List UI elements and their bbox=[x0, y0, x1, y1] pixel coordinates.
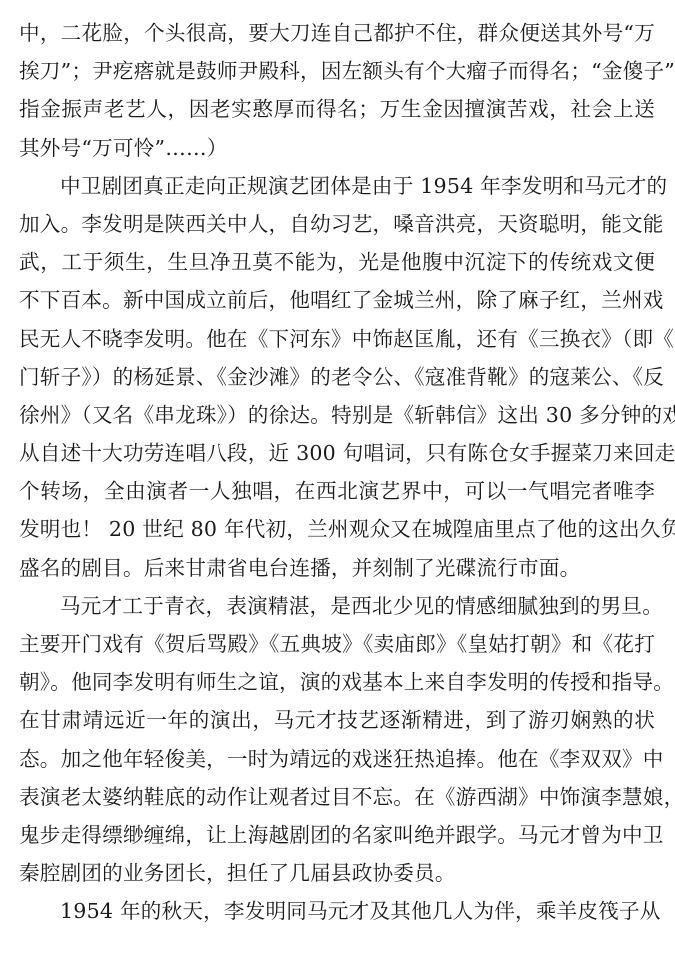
document-page: 中，二花脸，个头很高，要大刀连自己都护不住，群众便送其外号“万 挨刀”；尹疙瘩就… bbox=[19, 14, 655, 931]
text-line: 徐州》（又名《串龙珠》）的徐达。特别是《斩韩信》这出 30 多分钟的戏， bbox=[19, 396, 655, 434]
text-line: 不下百本。新中国成立前后，他唱红了金城兰州，除了麻子红，兰州戏 bbox=[19, 281, 655, 319]
paragraph: 中，二花脸，个头很高，要大刀连自己都护不住，群众便送其外号“万 挨刀”；尹疙瘩就… bbox=[19, 14, 655, 167]
text-line: 发明也！ 20 世纪 80 年代初，兰州观众又在城隍庙里点了他的这出久负 bbox=[19, 510, 655, 548]
text-line: 民无人不晓李发明。他在《下河东》中饰赵匡胤，还有《三换衣》（即《辕 bbox=[19, 320, 655, 358]
text-line: 态。加之他年轻俊美，一时为靖远的戏迷狂热追捧。他在《李双双》中 bbox=[19, 740, 655, 778]
text-line: 从自述十大功劳连唱八段，近 300 句唱词，只有陈仓女手握菜刀来回走 bbox=[19, 434, 655, 472]
text-line: 主要开门戏有《贺后骂殿》《五典坡》《卖庙郎》《皇姑打朝》和《花打 bbox=[19, 625, 655, 663]
text-line: 秦腔剧团的业务团长，担任了几届县政协委员。 bbox=[19, 854, 655, 892]
text-line: 鬼步走得缥缈缠绵，让上海越剧团的名家叫绝并跟学。马元才曾为中卫 bbox=[19, 816, 655, 854]
text-line: 指金振声老艺人，因老实憨厚而得名；万生金因擅演苦戏，社会上送 bbox=[19, 90, 655, 128]
paragraph: 1954 年的秋天，李发明同马元才及其他几人为伴，乘羊皮筏子从 bbox=[19, 892, 655, 930]
text-line: 挨刀”；尹疙瘩就是鼓师尹殿科，因左额头有个大瘤子而得名；“金傻子” bbox=[19, 52, 655, 90]
paragraph: 中卫剧团真正走向正规演艺团体是由于 1954 年李发明和马元才的 加入。李发明是… bbox=[19, 167, 655, 587]
text-line: 中，二花脸，个头很高，要大刀连自己都护不住，群众便送其外号“万 bbox=[19, 14, 655, 52]
text-line: 中卫剧团真正走向正规演艺团体是由于 1954 年李发明和马元才的 bbox=[19, 167, 655, 205]
text-line: 门斩子》）的杨延景、《金沙滩》的老令公、《寇准背靴》的寇莱公、《反 bbox=[19, 358, 655, 396]
text-line: 其外号“万可怜”……） bbox=[19, 129, 655, 167]
text-line: 表演老太婆纳鞋底的动作让观者过目不忘。在《游西湖》中饰演李慧娘， bbox=[19, 778, 655, 816]
text-line: 个转场，全由演者一人独唱，在西北演艺界中，可以一气唱完者唯李 bbox=[19, 472, 655, 510]
text-line: 马元才工于青衣，表演精湛，是西北少见的情感细腻独到的男旦。 bbox=[19, 587, 655, 625]
text-line: 在甘肃靖远近一年的演出，马元才技艺逐渐精进，到了游刃娴熟的状 bbox=[19, 701, 655, 739]
text-line: 武，工于须生，生旦净丑莫不能为，光是他腹中沉淀下的传统戏文便 bbox=[19, 243, 655, 281]
paragraph: 马元才工于青衣，表演精湛，是西北少见的情感细腻独到的男旦。 主要开门戏有《贺后骂… bbox=[19, 587, 655, 893]
text-line: 盛名的剧目。后来甘肃省电台连播，并刻制了光碟流行市面。 bbox=[19, 549, 655, 587]
text-line: 朝》。他同李发明有师生之谊，演的戏基本上来自李发明的传授和指导。 bbox=[19, 663, 655, 701]
text-line: 1954 年的秋天，李发明同马元才及其他几人为伴，乘羊皮筏子从 bbox=[19, 892, 655, 930]
text-line: 加入。李发明是陕西关中人，自幼习艺，嗓音洪亮，天资聪明，能文能 bbox=[19, 205, 655, 243]
